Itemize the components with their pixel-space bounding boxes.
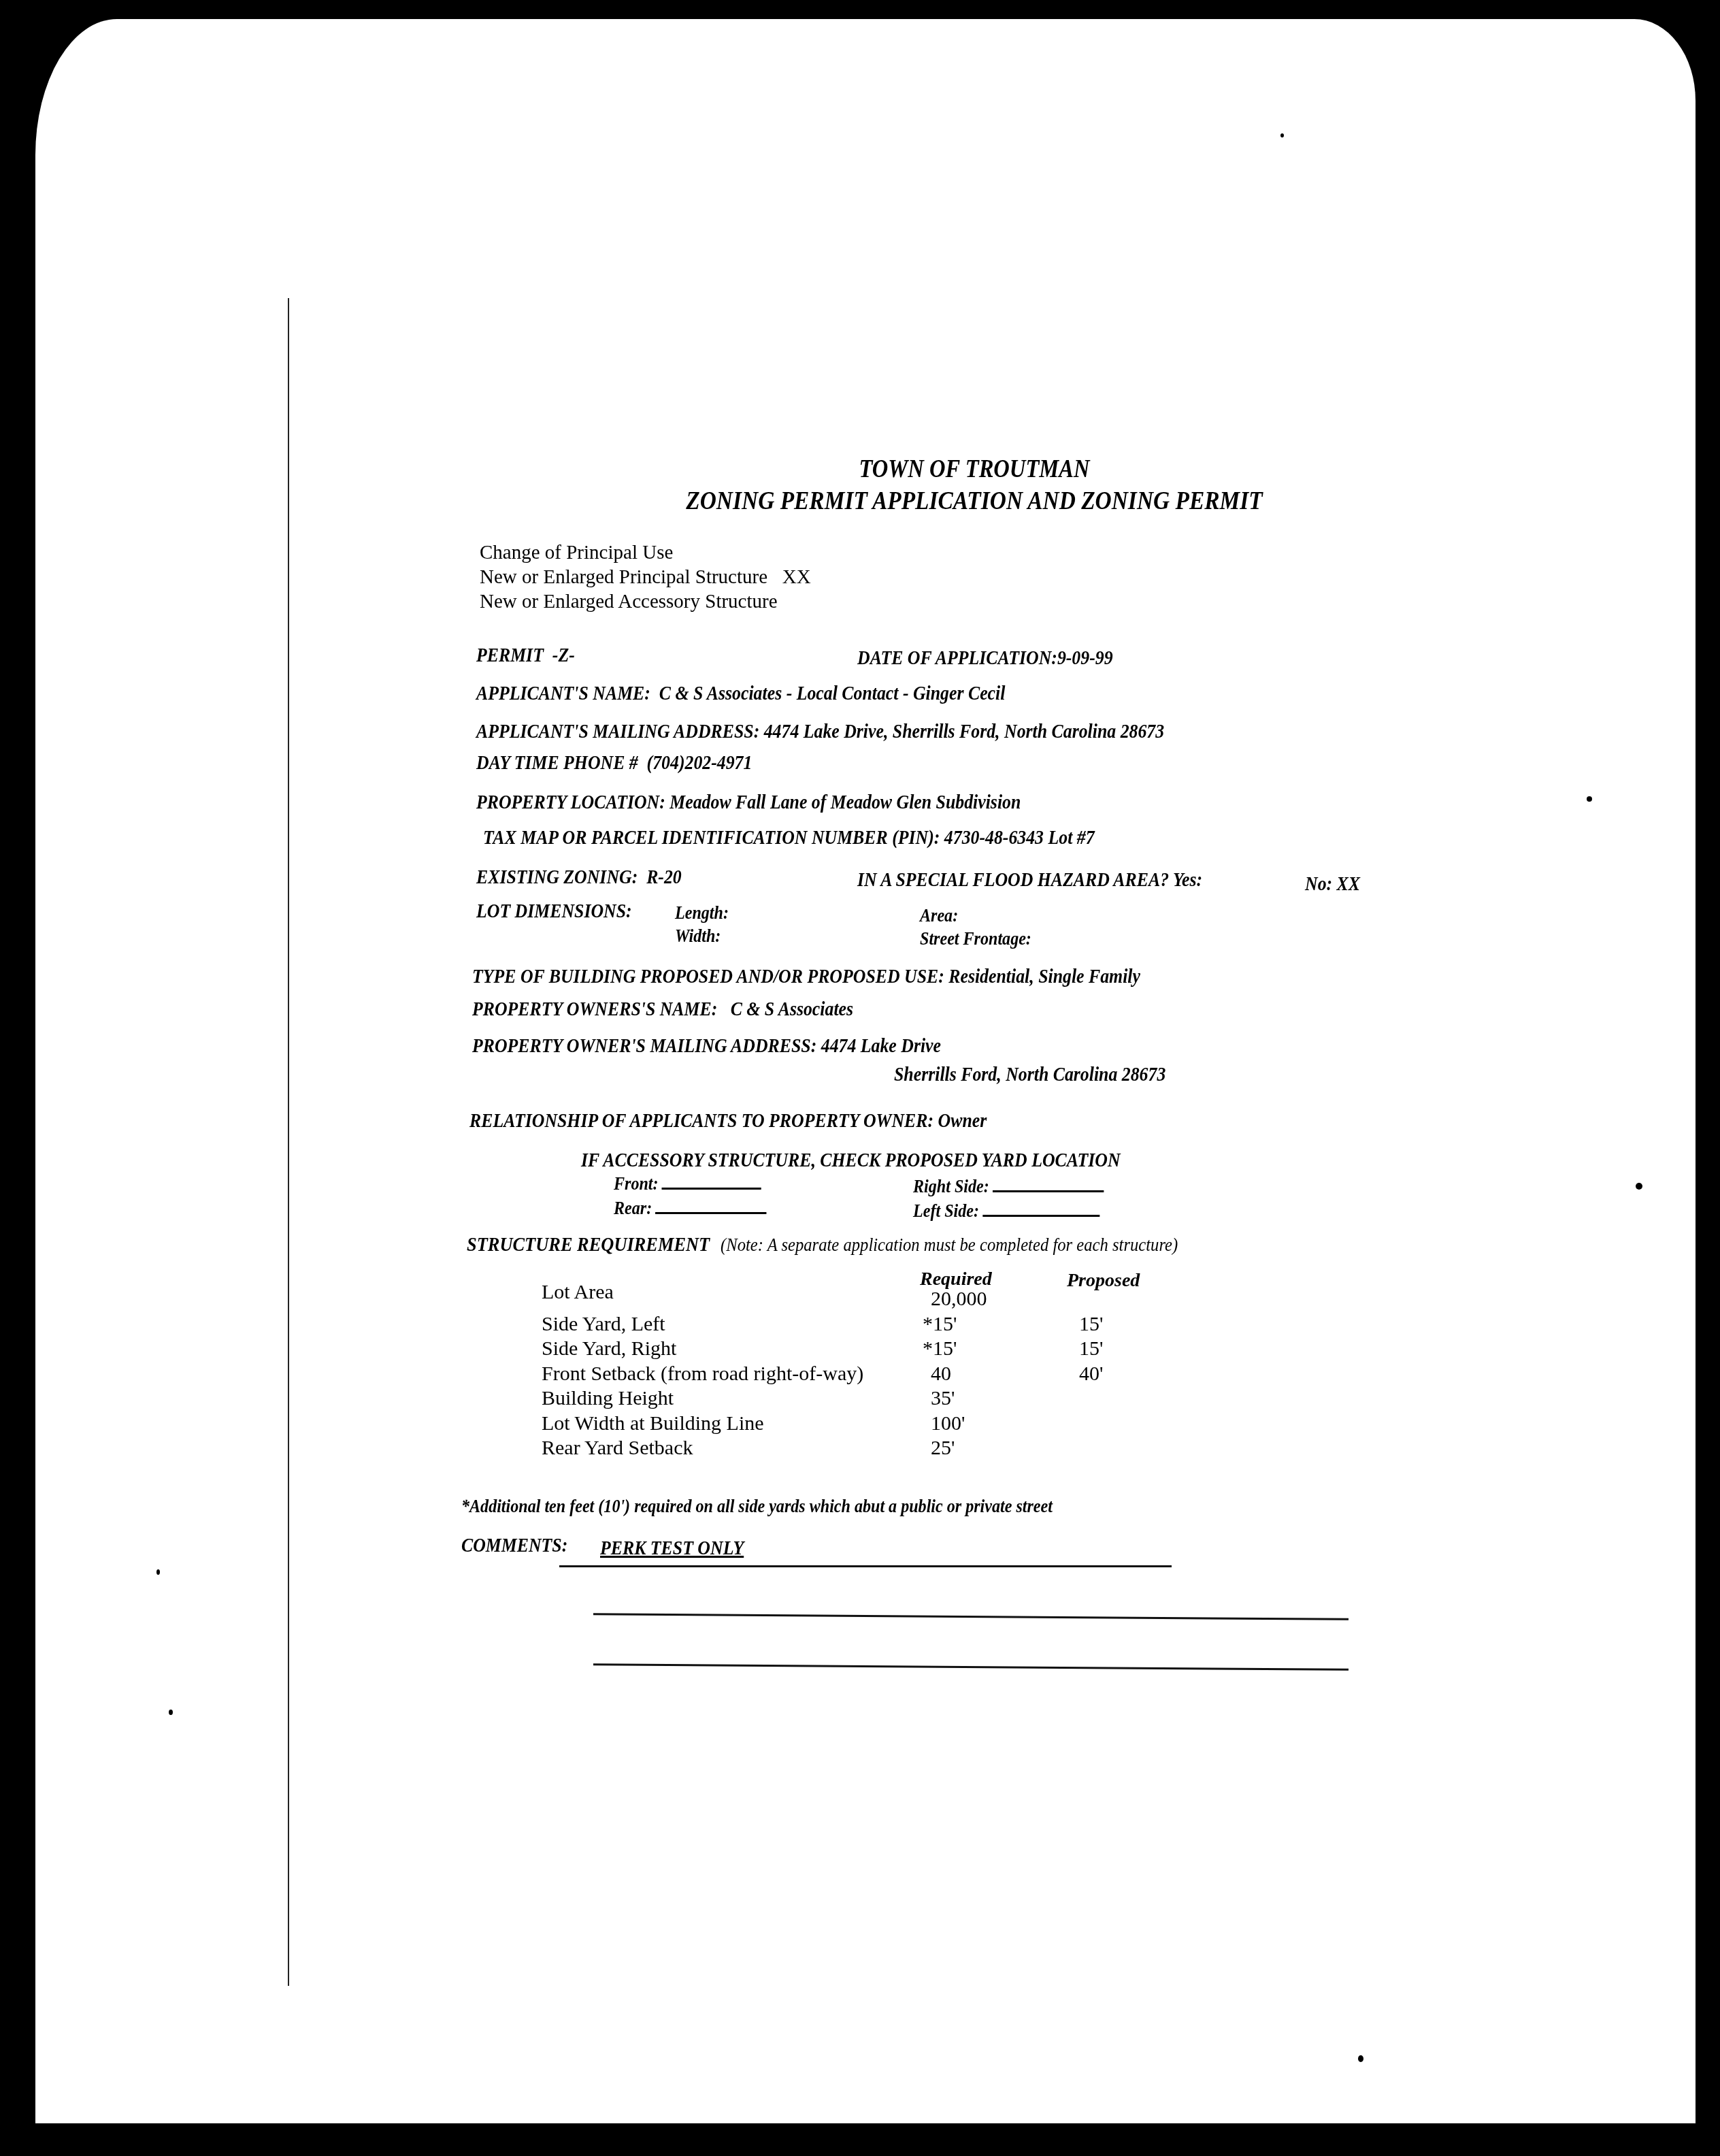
- requirement-label: Building Height: [542, 1387, 674, 1410]
- proposed-value: 15': [1079, 1313, 1103, 1336]
- accessory-left-side: Left Side:: [913, 1200, 1099, 1222]
- lot-dimensions-label: LOT DIMENSIONS:: [476, 900, 632, 923]
- street-frontage-label: Street Frontage:: [920, 928, 1031, 950]
- header-form-title: ZONING PERMIT APPLICATION AND ZONING PER…: [495, 486, 1453, 516]
- principal-structure-mark: XX: [782, 566, 811, 588]
- permit-type-principal-structure: New or Enlarged Principal Structure XX: [480, 566, 811, 589]
- flood-hazard-no: No: XX: [1305, 872, 1360, 896]
- required-value: 35': [931, 1387, 955, 1410]
- accessory-rear: Rear:: [614, 1198, 767, 1220]
- required-value: 40: [931, 1362, 951, 1386]
- scan-speck: [1636, 1183, 1642, 1190]
- comments-line-1: [559, 1565, 1172, 1567]
- requirement-label: Lot Area: [542, 1281, 614, 1304]
- applicant-address-field: APPLICANT'S MAILING ADDRESS: 4474 Lake D…: [476, 720, 1164, 743]
- right-side-blank[interactable]: [993, 1190, 1104, 1192]
- scan-speck: [169, 1710, 173, 1715]
- front-blank[interactable]: [662, 1188, 761, 1190]
- comments-line-2: [593, 1613, 1349, 1620]
- property-location-field: PROPERTY LOCATION: Meadow Fall Lane of M…: [476, 791, 1021, 814]
- scan-speck: [1587, 796, 1592, 802]
- scan-speck: [156, 1569, 160, 1575]
- required-value: 25': [931, 1437, 955, 1460]
- proposed-value: 40': [1079, 1362, 1103, 1386]
- scan-artifact-line: [288, 298, 289, 1986]
- comments-label: COMMENTS:: [461, 1534, 567, 1557]
- accessory-front: Front:: [614, 1173, 761, 1195]
- permit-type-change-use: Change of Principal Use: [480, 542, 673, 564]
- owner-address-field: PROPERTY OWNER'S MAILING ADDRESS: 4474 L…: [472, 1034, 941, 1058]
- accessory-title: IF ACCESSORY STRUCTURE, CHECK PROPOSED Y…: [581, 1149, 1121, 1172]
- applicant-name-field: APPLICANT'S NAME: C & S Associates - Loc…: [476, 682, 1005, 705]
- flood-hazard-field: IN A SPECIAL FLOOD HAZARD AREA? Yes:: [857, 868, 1202, 892]
- proposed-header: Proposed: [1067, 1270, 1140, 1292]
- lot-length-label: Length:: [675, 902, 729, 924]
- structure-table: Required Proposed Lot Area20,000Side Yar…: [542, 1269, 1154, 1486]
- scan-speck: [1280, 133, 1284, 137]
- requirement-label: Lot Width at Building Line: [542, 1412, 764, 1435]
- requirement-label: Side Yard, Right: [542, 1337, 676, 1360]
- lot-area-label: Area:: [920, 905, 958, 927]
- owner-address-line2: Sherrills Ford, North Carolina 28673: [894, 1063, 1165, 1086]
- lot-width-label: Width:: [675, 926, 721, 947]
- structure-requirement-heading: STRUCTURE REQUIREMENT (Note: A separate …: [467, 1233, 1240, 1256]
- structure-note: (Note: A separate application must be co…: [721, 1235, 1178, 1256]
- daytime-phone-field: DAY TIME PHONE # (704)202-4971: [476, 751, 752, 774]
- rear-blank[interactable]: [655, 1212, 766, 1214]
- left-side-blank[interactable]: [982, 1215, 1099, 1217]
- requirement-label: Front Setback (from road right-of-way): [542, 1362, 863, 1386]
- required-value: *15': [923, 1337, 957, 1360]
- comments-value[interactable]: PERK TEST ONLY: [600, 1537, 744, 1560]
- owner-name-field: PROPERTY OWNERS'S NAME: C & S Associates: [472, 998, 853, 1021]
- pin-field: TAX MAP OR PARCEL IDENTIFICATION NUMBER …: [483, 826, 1095, 849]
- requirement-label: Side Yard, Left: [542, 1313, 665, 1336]
- relationship-field: RELATIONSHIP OF APPLICANTS TO PROPERTY O…: [469, 1109, 987, 1132]
- building-type-field: TYPE OF BUILDING PROPOSED AND/OR PROPOSE…: [472, 965, 1140, 988]
- date-of-application-field: DATE OF APPLICATION:9-09-99: [857, 647, 1113, 670]
- scan-speck: [1358, 2055, 1363, 2062]
- comments-line-3: [593, 1663, 1349, 1671]
- requirement-label: Rear Yard Setback: [542, 1437, 693, 1460]
- permit-type-accessory-structure: New or Enlarged Accessory Structure: [480, 591, 778, 613]
- structure-footnote: *Additional ten feet (10') required on a…: [461, 1496, 1053, 1518]
- header-town: TOWN OF TROUTMAN: [495, 455, 1453, 484]
- required-value: *15': [923, 1313, 957, 1336]
- permit-number-field: PERMIT -Z-: [476, 644, 575, 667]
- existing-zoning-field: EXISTING ZONING: R-20: [476, 866, 682, 889]
- required-value: 100': [931, 1412, 965, 1435]
- accessory-right-side: Right Side:: [913, 1176, 1104, 1198]
- required-value: 20,000: [931, 1288, 987, 1311]
- proposed-value: 15': [1079, 1337, 1103, 1360]
- scanned-page: TOWN OF TROUTMAN ZONING PERMIT APPLICATI…: [35, 19, 1696, 2123]
